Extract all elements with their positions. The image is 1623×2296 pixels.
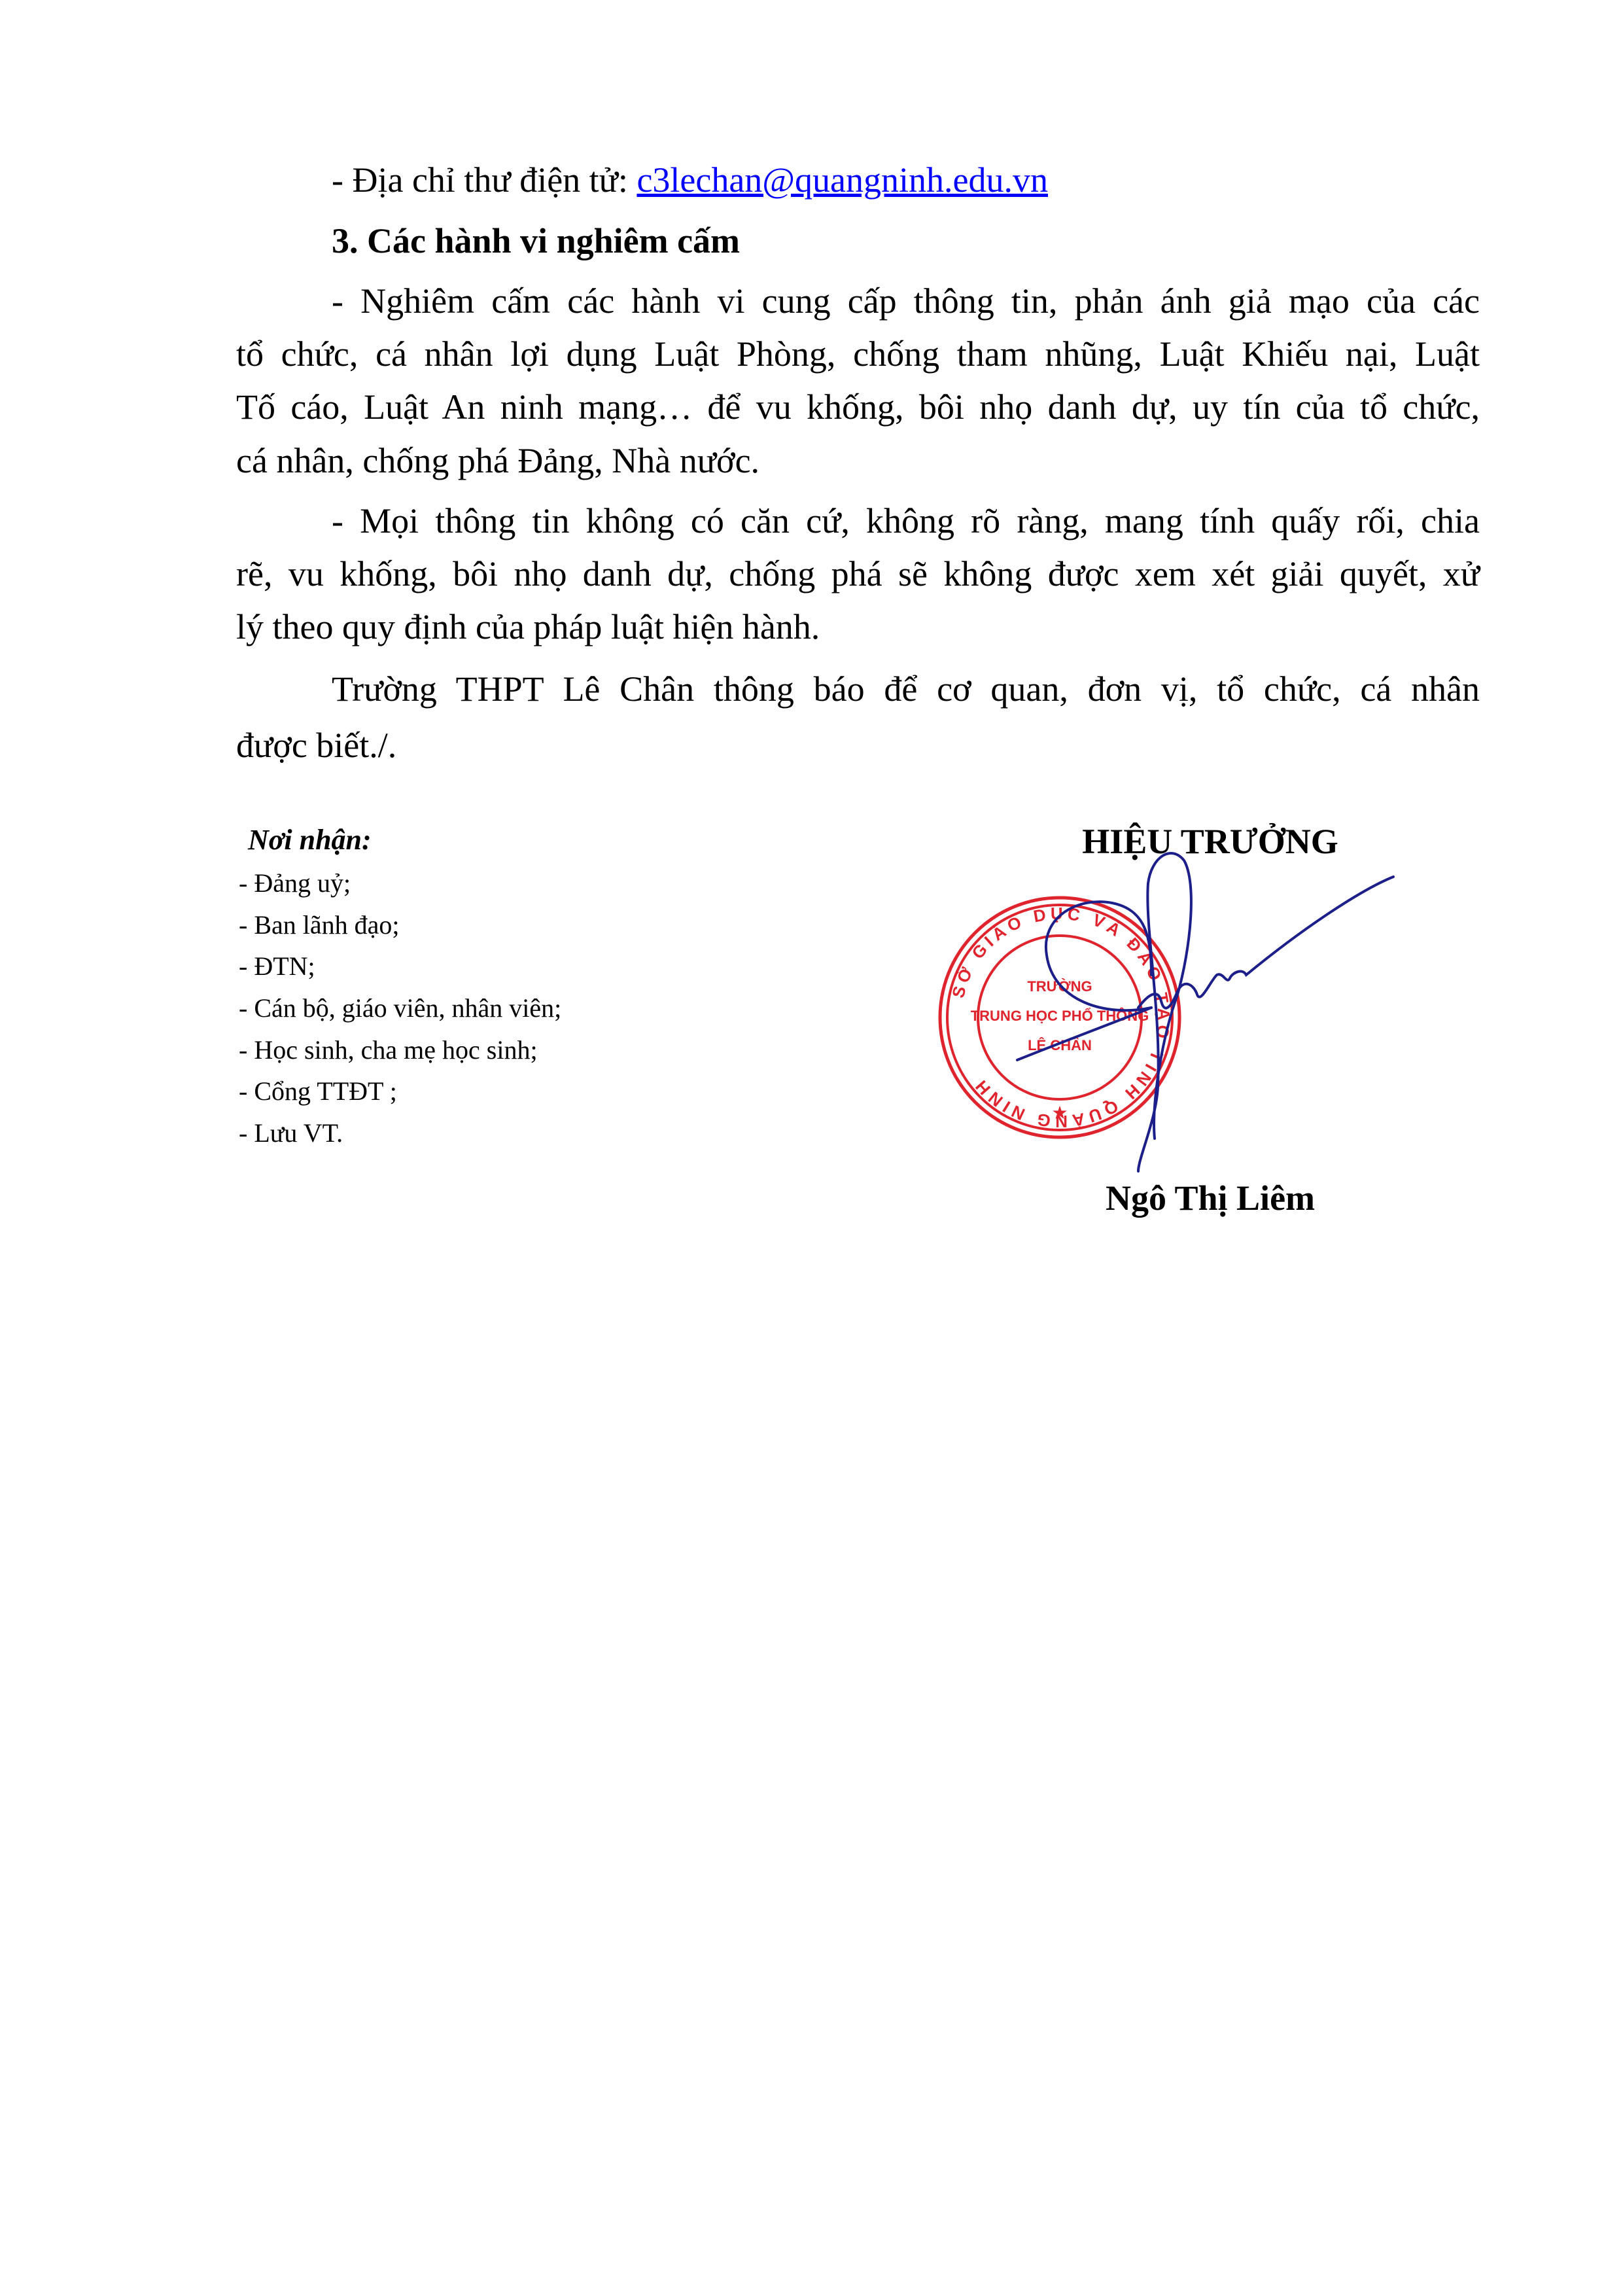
recipient-item: - Cổng TTĐT ; bbox=[239, 1078, 397, 1104]
para1-line: tổ chức, cá nhân lợi dụng Luật Phòng, ch… bbox=[236, 336, 1480, 372]
handwritten-signature bbox=[935, 844, 1406, 1184]
para1-line: Tố cáo, Luật An ninh mạng… để vu khống, … bbox=[236, 389, 1480, 425]
email-label: - Địa chỉ thư điện tử: bbox=[332, 160, 637, 200]
email-line: - Địa chỉ thư điện tử: c3lechan@quangnin… bbox=[332, 162, 1048, 198]
recipient-item: - Cán bộ, giáo viên, nhân viên; bbox=[239, 995, 561, 1021]
recipient-item: - Đảng uỷ; bbox=[239, 870, 351, 896]
section-heading: 3. Các hành vi nghiêm cấm bbox=[332, 223, 740, 258]
recipient-item: - Lưu VT. bbox=[239, 1120, 343, 1146]
para1-line: - Nghiêm cấm các hành vi cung cấp thông … bbox=[332, 283, 1480, 319]
recipients-title: Nơi nhận: bbox=[248, 823, 372, 857]
para2-line: - Mọi thông tin không có căn cứ, không r… bbox=[332, 503, 1480, 539]
recipient-item: - Học sinh, cha mẹ học sinh; bbox=[239, 1037, 538, 1063]
signer-name: Ngô Thị Liêm bbox=[1034, 1178, 1387, 1218]
para1-line: cá nhân, chống phá Đảng, Nhà nước. bbox=[236, 443, 759, 478]
closing-line: được biết./. bbox=[236, 728, 396, 763]
para2-line: lý theo quy định của pháp luật hiện hành… bbox=[236, 609, 820, 645]
para2-line: rẽ, vu khống, bôi nhọ danh dự, chống phá… bbox=[236, 556, 1480, 592]
closing-line: Trường THPT Lê Chân thông báo để cơ quan… bbox=[332, 671, 1480, 707]
recipient-item: - Ban lãnh đạo; bbox=[239, 912, 400, 938]
email-link[interactable]: c3lechan@quangninh.edu.vn bbox=[637, 160, 1048, 200]
recipient-item: - ĐTN; bbox=[239, 953, 315, 980]
